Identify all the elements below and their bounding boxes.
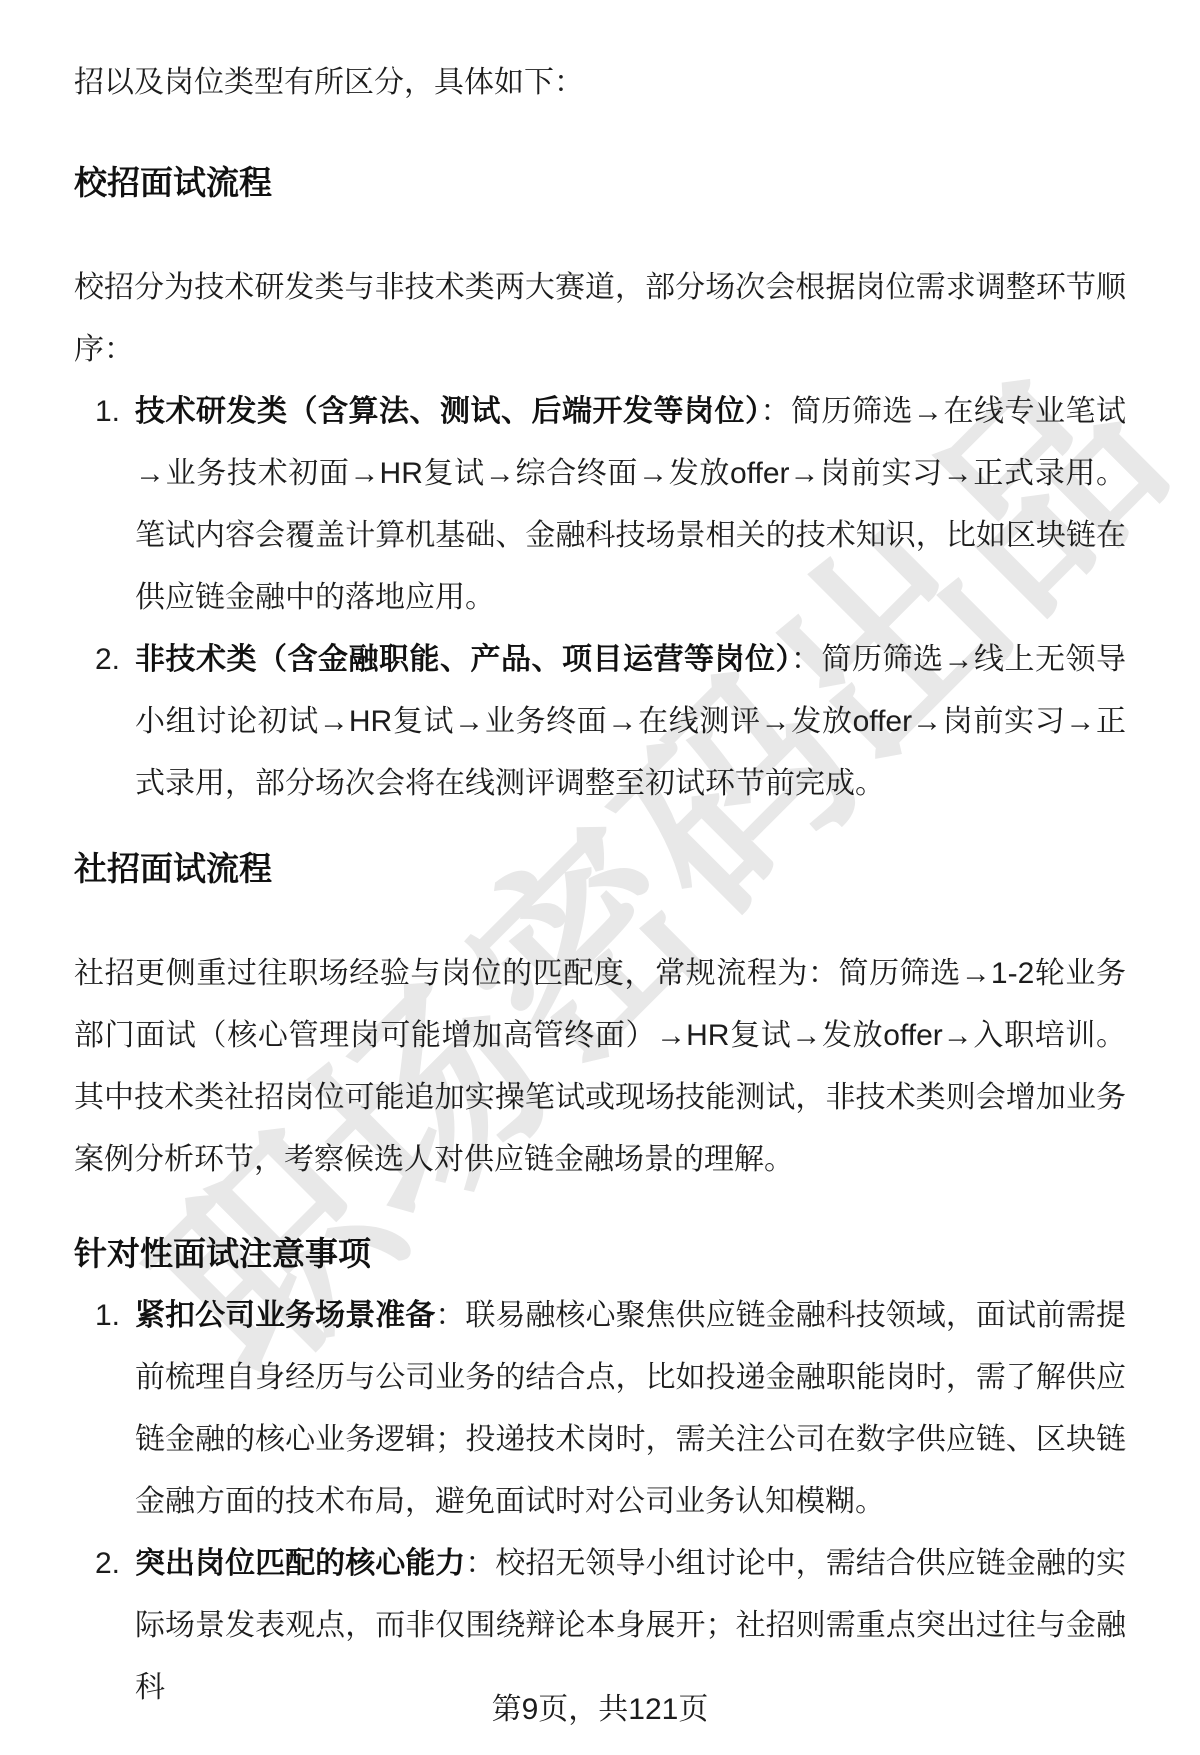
- page-number-indicator: 第9页，共121页: [0, 1690, 1200, 1730]
- document-page: 职场密码出品 招以及岗位类型有所区分，具体如下： 校招面试流程 校招分为技术研发…: [0, 0, 1200, 1755]
- list-item-number: 2.: [95, 1533, 120, 1595]
- list-item-business-scenario: 1.紧扣公司业务场景准备：联易融核心聚焦供应链金融科技领域，面试前需提前梳理自身…: [74, 1285, 1126, 1533]
- list-item-emphasis: 非技术类（含金融职能、产品、项目运营等岗位）: [135, 643, 791, 676]
- list-item-emphasis: 突出岗位匹配的核心能力: [135, 1547, 465, 1580]
- section-heading-interview-tips: 针对性面试注意事项: [74, 1191, 1126, 1285]
- intro-continuation-line: 招以及岗位类型有所区分，具体如下：: [74, 0, 1126, 114]
- list-item-number: 1.: [95, 381, 120, 443]
- section-heading-campus-process: 校招面试流程: [74, 114, 1126, 214]
- list-item-nontech-track: 2.非技术类（含金融职能、产品、项目运营等岗位）：简历筛选→线上无领导小组讨论初…: [74, 629, 1126, 815]
- interview-tips-list: 1.紧扣公司业务场景准备：联易融核心聚焦供应链金融科技领域，面试前需提前梳理自身…: [74, 1285, 1126, 1719]
- list-item-tech-track: 1.技术研发类（含算法、测试、后端开发等岗位）：简历筛选→在线专业笔试→业务技术…: [74, 381, 1126, 629]
- list-item-number: 2.: [95, 629, 120, 691]
- list-item-emphasis: 紧扣公司业务场景准备: [135, 1299, 435, 1332]
- list-item-emphasis: 技术研发类（含算法、测试、后端开发等岗位）: [135, 395, 761, 428]
- section-heading-social-process: 社招面试流程: [74, 815, 1126, 900]
- list-item-number: 1.: [95, 1285, 120, 1347]
- page-content: 招以及岗位类型有所区分，具体如下： 校招面试流程 校招分为技术研发类与非技术类两…: [0, 0, 1200, 1719]
- campus-lead-paragraph: 校招分为技术研发类与非技术类两大赛道，部分场次会根据岗位需求调整环节顺序：: [74, 214, 1126, 381]
- campus-process-list: 1.技术研发类（含算法、测试、后端开发等岗位）：简历筛选→在线专业笔试→业务技术…: [74, 381, 1126, 815]
- social-lead-paragraph: 社招更侧重过往职场经验与岗位的匹配度，常规流程为：简历筛选→1-2轮业务部门面试…: [74, 900, 1126, 1191]
